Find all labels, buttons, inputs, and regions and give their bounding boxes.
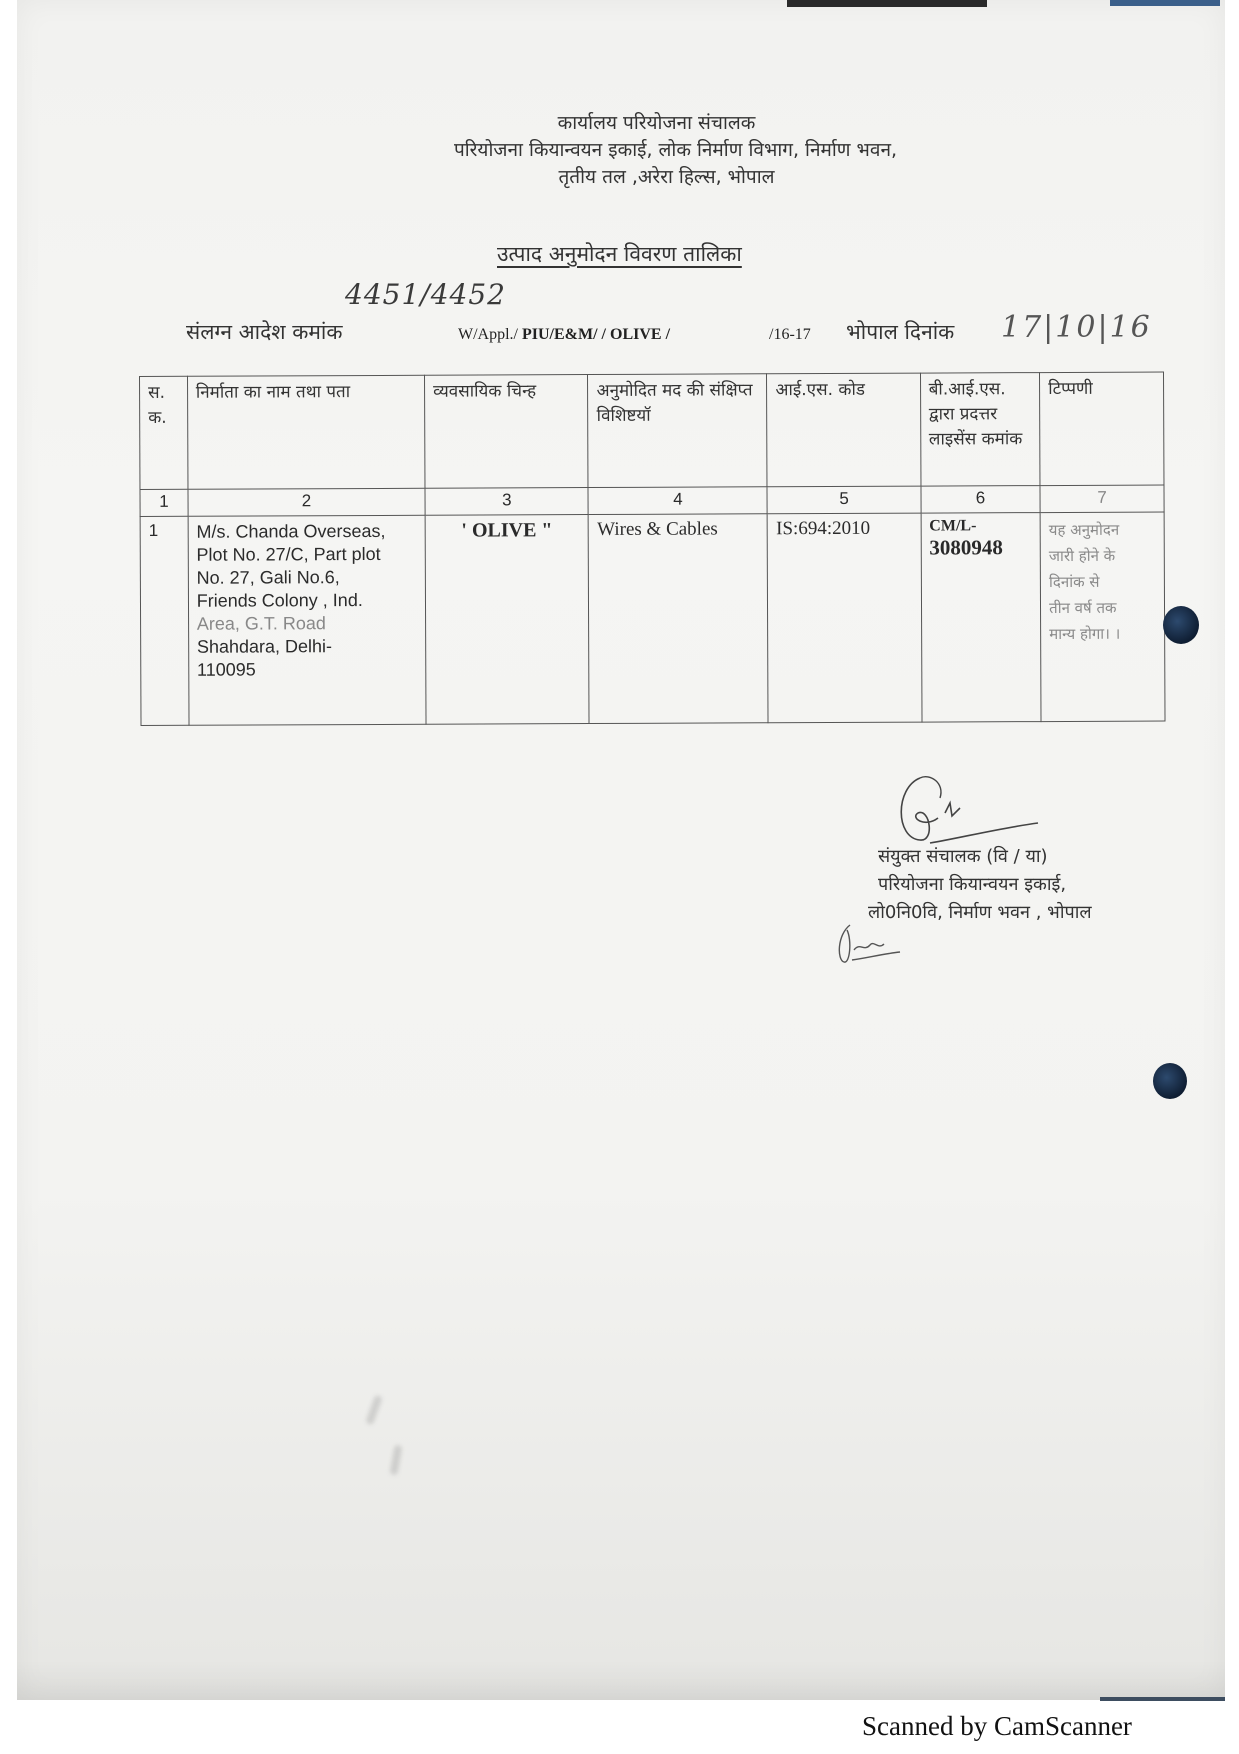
approval-table: स. क. निर्माता का नाम तथा पता व्यवसायिक … bbox=[139, 372, 1166, 726]
remark-line: दिनांक से bbox=[1049, 569, 1156, 595]
document-title: उत्पाद अनुमोदन विवरण तालिका bbox=[497, 240, 742, 268]
brand-name: ' OLIVE " bbox=[434, 519, 581, 543]
header-manufacturer: निर्माता का नाम तथा पता bbox=[187, 375, 425, 489]
license-cell: CM/L- 3080948 bbox=[921, 513, 1041, 723]
remark-cell: यह अनुमोदन जारी होने के दिनांक से तीन वर… bbox=[1040, 512, 1165, 722]
order-year: /16-17 bbox=[769, 326, 811, 344]
remark-line: यह अनुमोदन bbox=[1049, 517, 1156, 543]
camscanner-watermark: Scanned by CamScanner bbox=[862, 1711, 1132, 1742]
column-number: 3 bbox=[425, 488, 589, 516]
order-date-label: भोपाल दिनांक bbox=[846, 318, 954, 346]
header-is-code: आई.एस. कोड bbox=[767, 373, 921, 487]
scan-edge-blue bbox=[1110, 0, 1220, 6]
table-header-row: स. क. निर्माता का नाम तथा पता व्यवसायिक … bbox=[140, 372, 1164, 489]
signatory-designation: संयुक्त संचालक (वि / या) bbox=[878, 843, 1092, 871]
order-reference-bold: PIU/E&M/ / OLIVE / bbox=[522, 326, 670, 343]
signatory-block: संयुक्त संचालक (वि / या) परियोजना कियान्… bbox=[878, 843, 1092, 927]
license-number: 3080948 bbox=[929, 535, 1032, 560]
address-line: Plot No. 27/C, Part plot bbox=[196, 543, 416, 567]
handwritten-order-number: 4451/4452 bbox=[345, 278, 506, 311]
column-number: 4 bbox=[588, 487, 767, 515]
column-number: 2 bbox=[188, 488, 425, 516]
header-line-3: तृतीय तल ,अरेरा हिल्स, भोपाल bbox=[47, 162, 1239, 192]
remark-line: जारी होने के bbox=[1049, 543, 1156, 569]
page-bottom-shadow bbox=[17, 1660, 1225, 1700]
is-code: IS:694:2010 bbox=[768, 513, 922, 723]
header-brand: व्यवसायिक चिन्ह bbox=[425, 375, 589, 489]
column-number: 1 bbox=[140, 489, 188, 516]
column-number: 6 bbox=[921, 486, 1041, 514]
address-line: Friends Colony , Ind. bbox=[197, 589, 417, 613]
remark-line: तीन वर्ष तक bbox=[1049, 595, 1156, 621]
header-line-2: परियोजना कियान्वयन इकाई, लोक निर्माण विभ… bbox=[56, 135, 1239, 165]
header-serial: स. क. bbox=[140, 376, 188, 489]
address-line: Area, G.T. Road bbox=[197, 612, 417, 636]
table-row: 1 M/s. Chanda Overseas, Plot No. 27/C, P… bbox=[140, 512, 1165, 725]
header-remark: टिप्पणी bbox=[1040, 372, 1164, 486]
header-item-spec: अनुमोदित मद की संक्षिप्त विशिष्टयॉ bbox=[588, 374, 767, 488]
order-reference-line: संलग्न आदेश कमांक W/Appl./ PIU/E&M/ / OL… bbox=[186, 318, 1186, 354]
header-line-1: कार्यालय परियोजना संचालक bbox=[37, 108, 1239, 138]
column-number: 5 bbox=[767, 486, 920, 514]
punch-hole-icon bbox=[1163, 606, 1199, 644]
address-line: M/s. Chanda Overseas, bbox=[196, 520, 416, 544]
handwritten-date: 17|10|16 bbox=[1001, 310, 1152, 345]
address-line: Shahdara, Delhi- bbox=[197, 635, 417, 659]
header-bis-license: बी.आई.एस. द्वारा प्रदत्तर लाइसेंस कमांक bbox=[920, 373, 1040, 487]
column-number: 7 bbox=[1040, 485, 1164, 513]
remark-line: मान्य होगा। । bbox=[1049, 621, 1156, 647]
brand-cell: ' OLIVE " bbox=[425, 515, 589, 725]
initials-icon bbox=[832, 920, 902, 965]
scan-edge-dark bbox=[787, 0, 987, 7]
item-spec: Wires & Cables bbox=[589, 514, 769, 724]
order-label: संलग्न आदेश कमांक bbox=[186, 318, 343, 346]
manufacturer-address: M/s. Chanda Overseas, Plot No. 27/C, Par… bbox=[188, 515, 426, 725]
row-serial: 1 bbox=[140, 516, 189, 725]
order-reference: W/Appl./ PIU/E&M/ / OLIVE / bbox=[458, 326, 670, 344]
signatory-unit: परियोजना कियान्वयन इकाई, bbox=[878, 871, 1092, 899]
license-prefix: CM/L- bbox=[929, 517, 1032, 535]
punch-hole-icon bbox=[1153, 1063, 1187, 1099]
scan-edge-bottom bbox=[1100, 1697, 1225, 1701]
signature-icon bbox=[890, 768, 1040, 848]
order-reference-prefix: W/Appl./ bbox=[458, 326, 518, 343]
address-line: 110095 bbox=[197, 658, 417, 682]
address-line: No. 27, Gali No.6, bbox=[197, 566, 417, 590]
